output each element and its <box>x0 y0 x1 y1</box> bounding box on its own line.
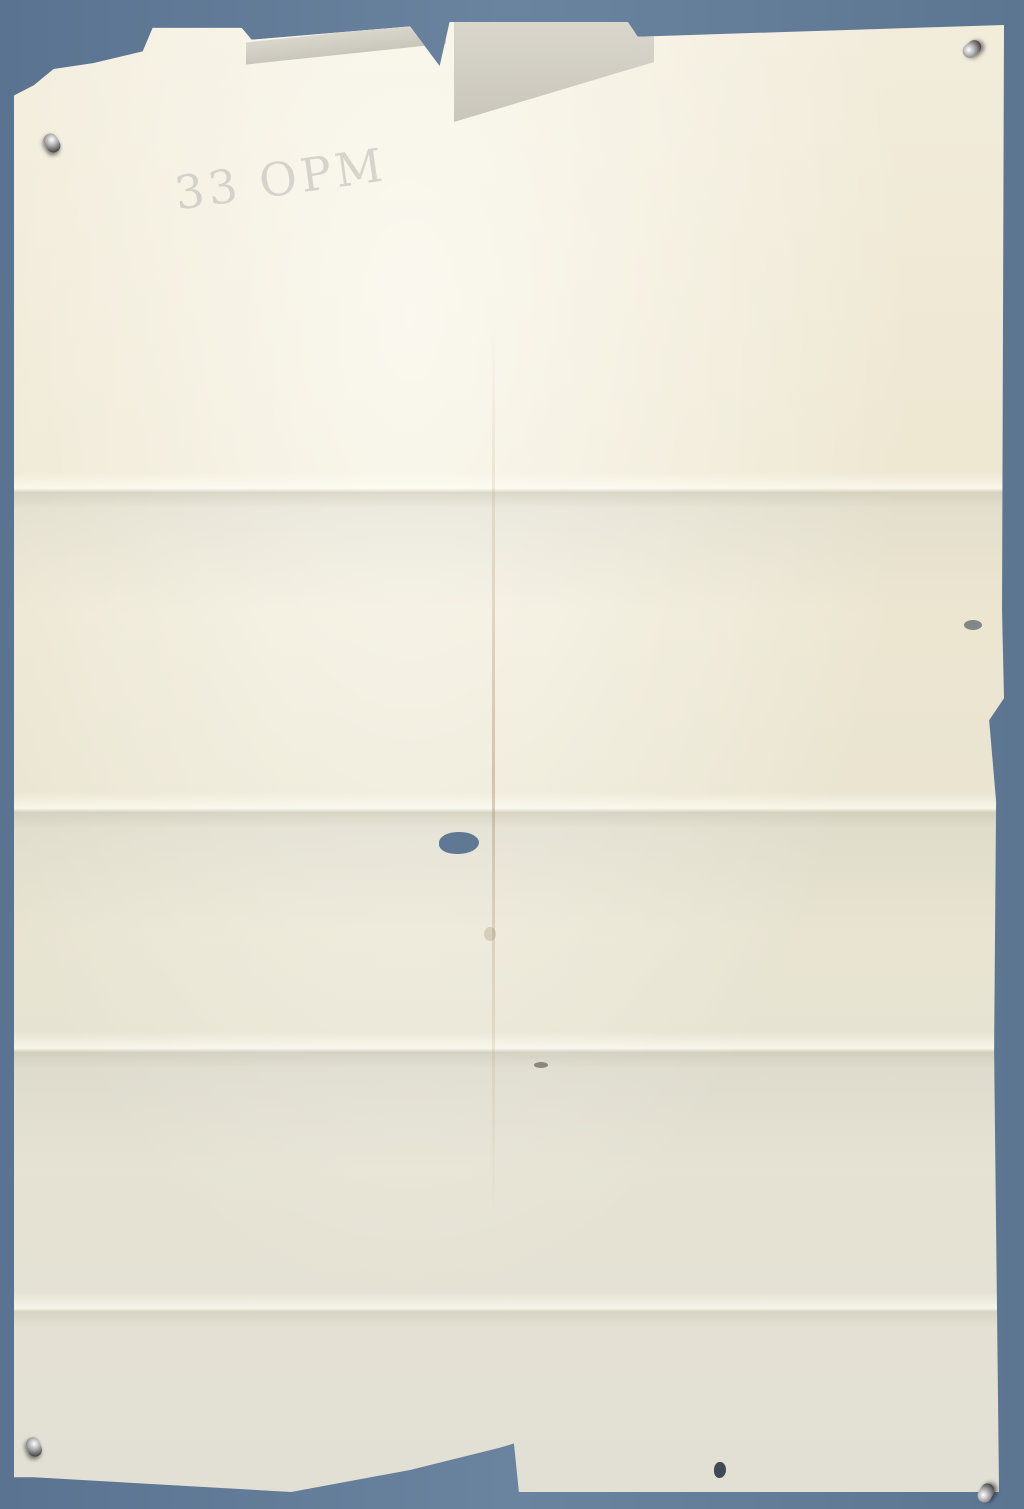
fold-shade-2 <box>14 812 1004 932</box>
fold-shade-1 <box>14 492 1004 612</box>
stain <box>484 927 496 941</box>
fold-shade-3 <box>14 1052 1004 1172</box>
small-hole <box>714 1462 726 1478</box>
fold-crease-1 <box>14 472 1004 508</box>
torn-flap-top-right <box>454 22 654 122</box>
stain <box>534 1062 548 1068</box>
pencil-handwriting: 33 OPM <box>171 137 389 220</box>
vertical-crease <box>492 322 495 1222</box>
fold-crease-4 <box>14 1292 1004 1328</box>
stain <box>964 620 982 630</box>
poster-back: 33 OPM <box>14 22 1004 1492</box>
fold-crease-3 <box>14 1032 1004 1068</box>
fold-crease-2 <box>14 792 1004 828</box>
